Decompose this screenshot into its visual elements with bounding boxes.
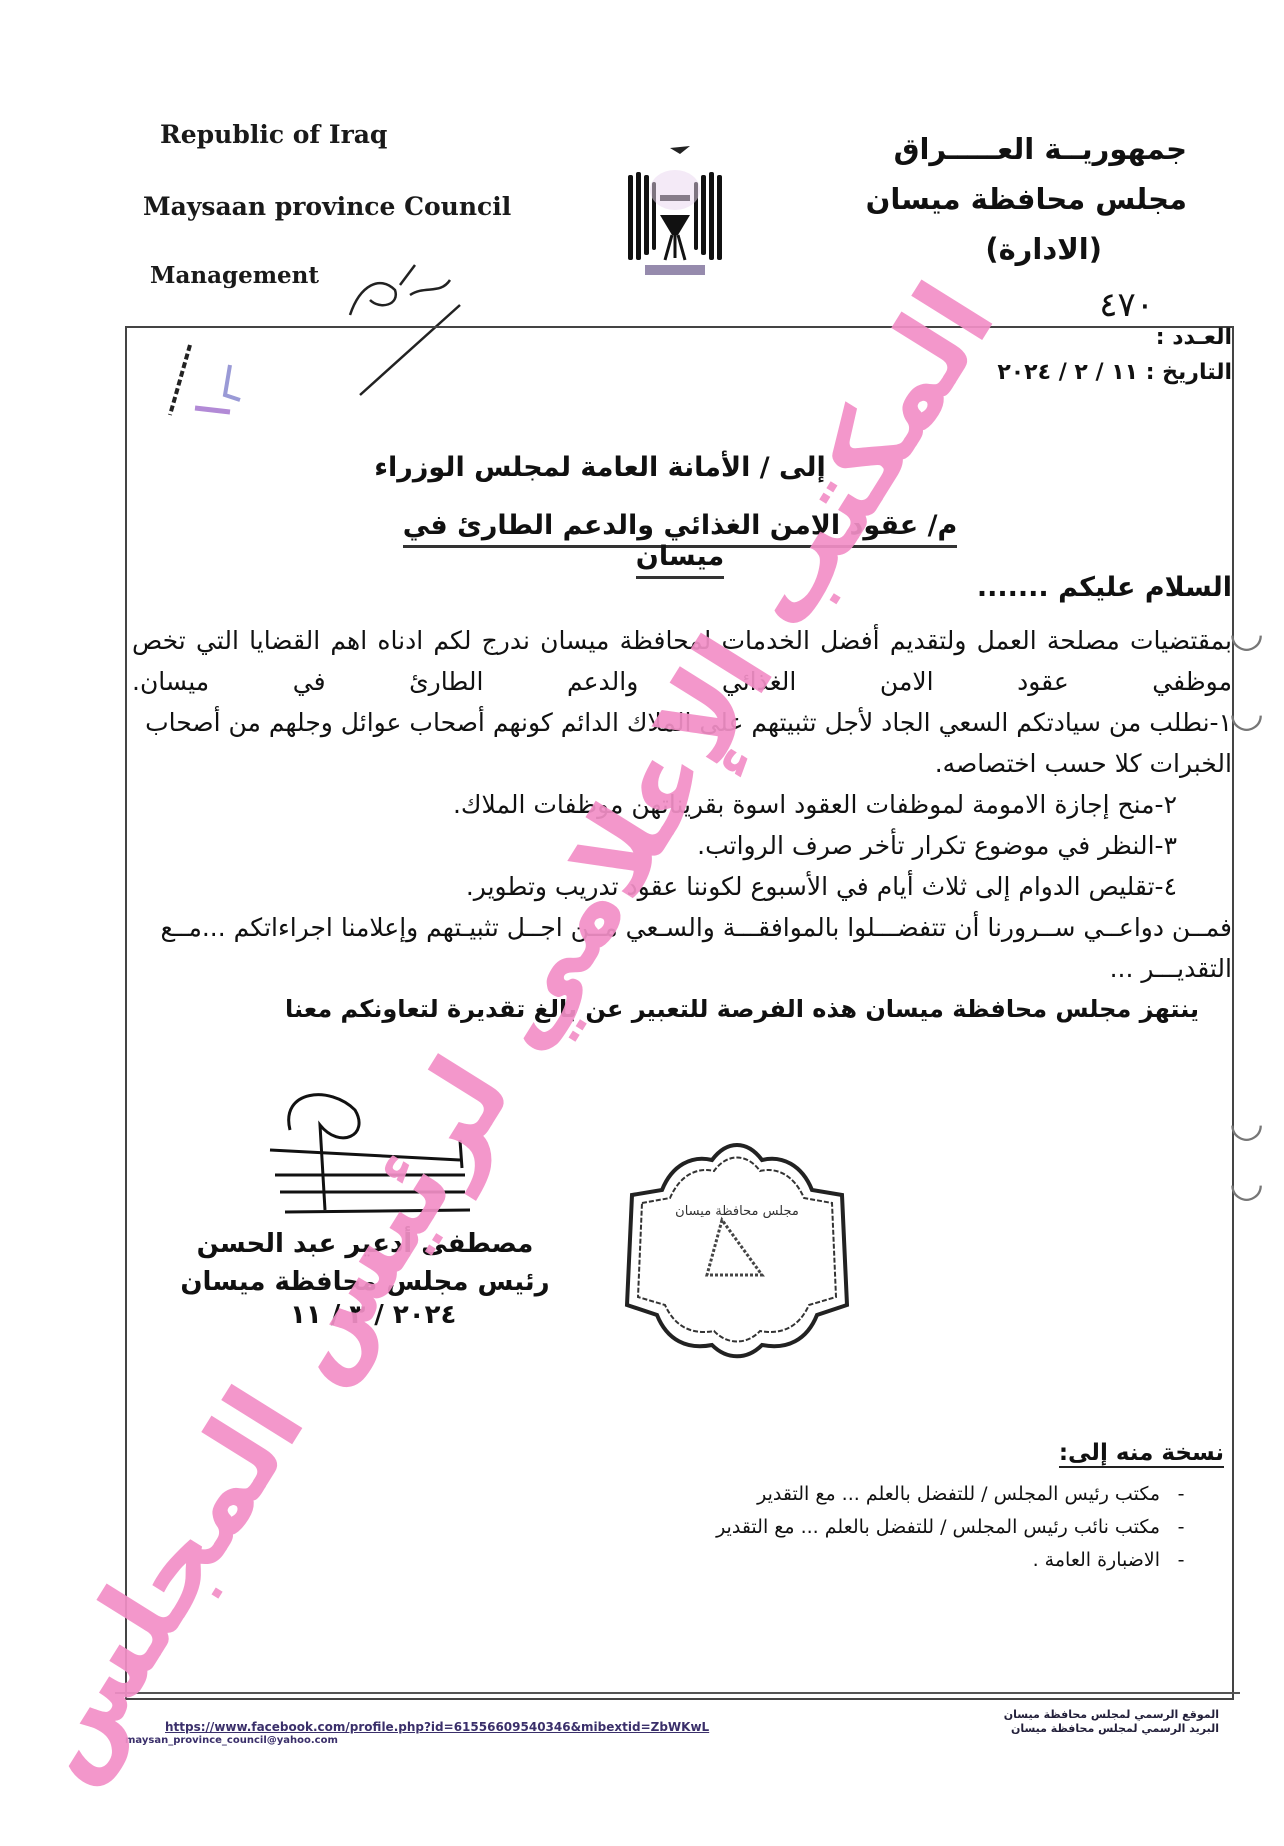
- body-closing: ينتهز مجلس محافظة ميسان هذه الفرصة للتعب…: [132, 989, 1232, 1030]
- margin-mark-icon: ◡: [1229, 610, 1264, 656]
- ref-date-value: ١١ / ٢ / ٢٠٢٤: [997, 360, 1138, 385]
- copy-item: الاضبارة العامة .: [582, 1544, 1202, 1577]
- ref-date-label: التاريخ :: [1146, 360, 1232, 385]
- iraq-eagle-emblem-icon: [620, 140, 730, 285]
- header-ar-council: مجلس محافظة ميسان: [827, 174, 1187, 224]
- copies-heading: نسخة منه إلى:: [1059, 1440, 1224, 1466]
- official-stamp-icon: مجلس محافظة ميسان: [612, 1135, 862, 1365]
- svg-text:مجلس محافظة ميسان: مجلس محافظة ميسان: [675, 1204, 799, 1219]
- body-item-4: ٤-تقليص الدوام إلى ثلاث أيام في الأسبوع …: [132, 866, 1232, 907]
- margin-mark-icon: ◡: [1229, 1160, 1264, 1206]
- footer-arabic: الموقع الرسمي لمجلس محافظة ميسان البريد …: [999, 1708, 1219, 1736]
- header-ar-republic: جمهوريــة العـــــراق: [827, 124, 1187, 174]
- copy-item: مكتب رئيس المجلس / للتفضل بالعلم ... مع …: [582, 1478, 1202, 1511]
- footer-facebook-link[interactable]: https://www.facebook.com/profile.php?id=…: [165, 1720, 709, 1734]
- body-request: فمــن دواعــي ســرورنا أن تتفضـــلوا بال…: [132, 907, 1232, 989]
- header-council-name: Maysaan province Council: [143, 192, 511, 221]
- handwritten-ref-number: ٤٧٠: [1099, 285, 1154, 325]
- header-republic-of-iraq: Republic of Iraq: [160, 120, 387, 149]
- margin-mark-icon: ◡: [1229, 690, 1264, 736]
- ref-number-label: العـدد :: [1156, 325, 1232, 350]
- copy-item: مكتب نائب رئيس المجلس / للتفضل بالعلم ..…: [582, 1511, 1202, 1544]
- header-management: Management: [150, 262, 319, 289]
- header-arabic: جمهوريــة العـــــراق مجلس محافظة ميسان …: [827, 124, 1187, 274]
- frame-bottom-rule: [115, 1692, 1240, 1694]
- copies-list: مكتب رئيس المجلس / للتفضل بالعلم ... مع …: [582, 1478, 1202, 1577]
- footer-email[interactable]: maysan_province_council@yahoo.com: [125, 1735, 338, 1746]
- header-ar-management: (الادارة): [827, 224, 1187, 274]
- margin-mark-icon: ◡: [1229, 1100, 1264, 1146]
